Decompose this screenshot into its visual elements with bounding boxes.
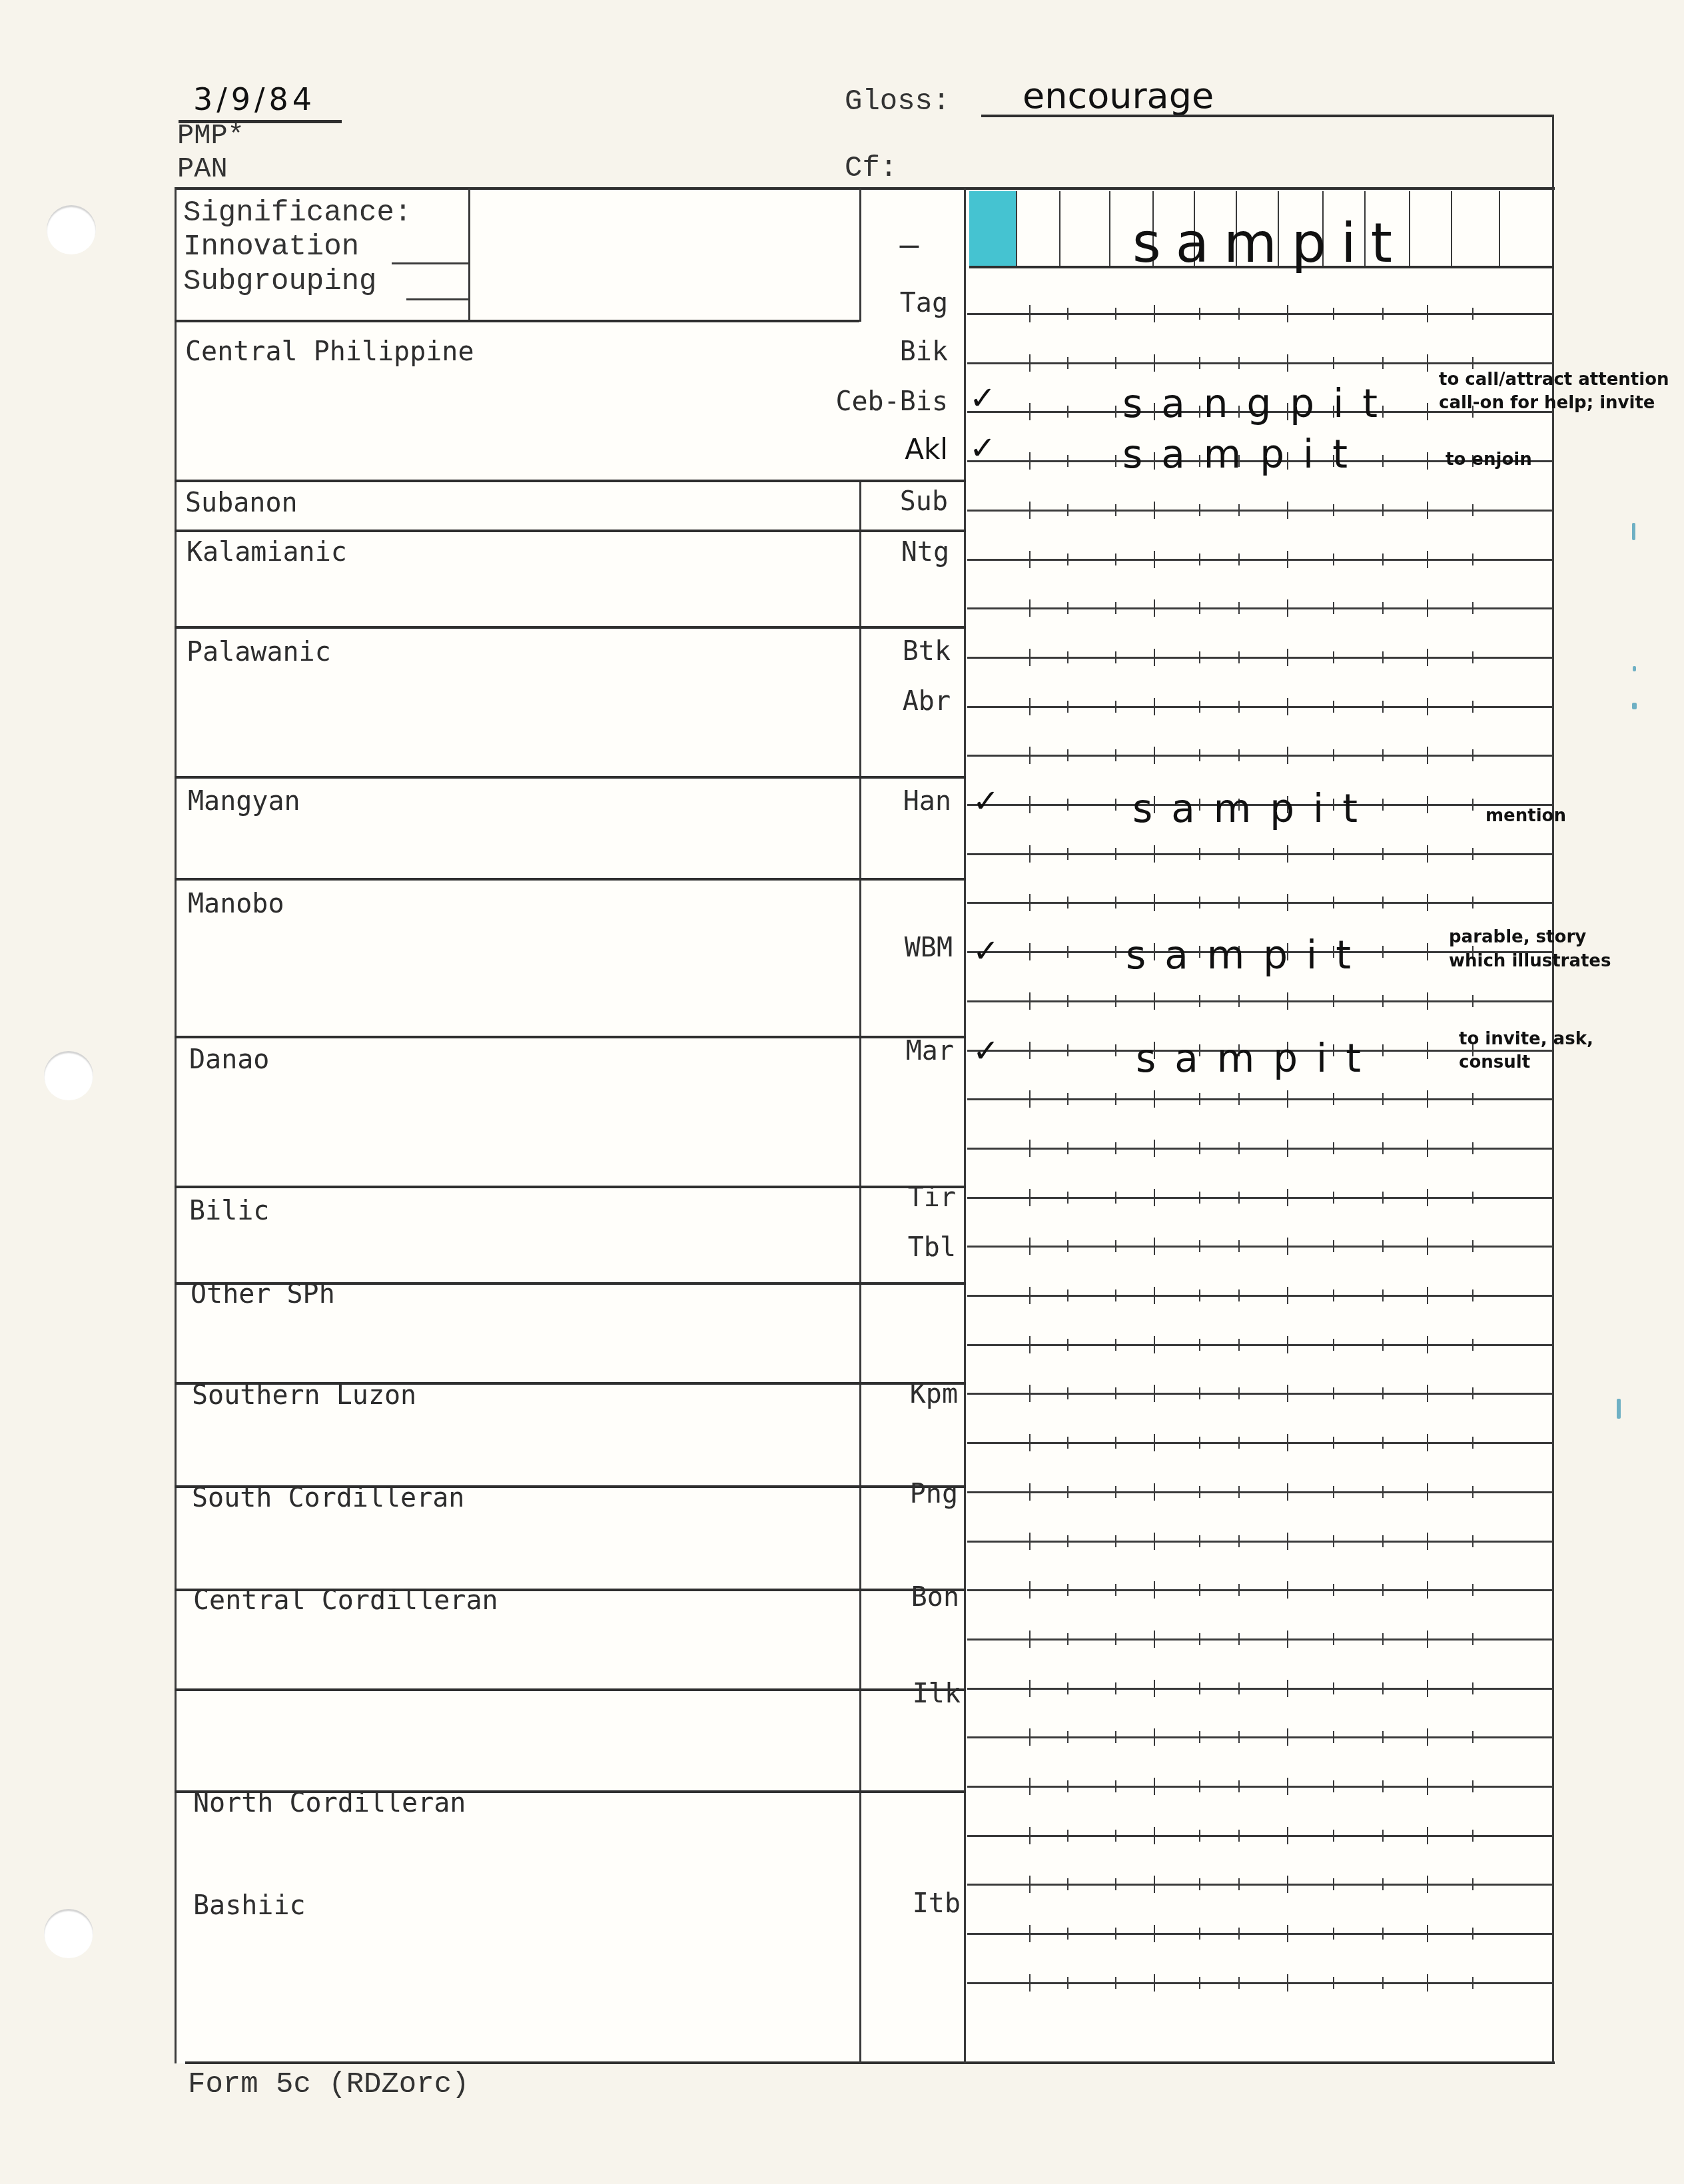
- entry-rule-tick: [1427, 1189, 1428, 1206]
- entry-rule-tick: [1154, 305, 1155, 322]
- entry-rule-tick: [1115, 651, 1116, 663]
- entry-rule: [967, 902, 1553, 904]
- entry-rule: [967, 607, 1553, 609]
- entry-rule-tick: [1427, 1974, 1428, 1992]
- entry-rule-tick: [1427, 1533, 1428, 1550]
- code-kpm: Kpm: [871, 1379, 958, 1409]
- entry-rule-tick: [1238, 848, 1240, 860]
- entry-rule-tick: [1287, 1728, 1288, 1746]
- gloss-ceb-bis-1: to call/attract attention: [1439, 370, 1669, 390]
- entry-rule-tick: [1115, 357, 1116, 369]
- entry-rule-tick: [1154, 354, 1155, 372]
- entry-rule-tick: [1115, 1830, 1116, 1842]
- entry-rule-tick: [1115, 946, 1116, 958]
- proto-language-2: PAN: [177, 153, 228, 185]
- entry-rule-tick: [1199, 897, 1200, 909]
- form-bottom-border: [185, 2061, 1555, 2064]
- entry-rule-tick: [1029, 1090, 1031, 1108]
- entry-rule-tick: [1238, 1093, 1240, 1105]
- entry-rule-tick: [1199, 1192, 1200, 1204]
- entry-rule-tick: [1427, 1385, 1428, 1402]
- entry-rule-tick: [1115, 1486, 1116, 1498]
- entry-rule-tick: [1199, 1731, 1200, 1743]
- group-central-cordilleran: Central Cordilleran: [193, 1585, 498, 1616]
- entry-rule-tick: [1115, 1731, 1116, 1743]
- entry-rule-tick: [1333, 1633, 1334, 1645]
- entry-rule-tick: [1154, 992, 1155, 1010]
- entry-rule-tick: [1238, 1486, 1240, 1498]
- group-north-cordilleran: North Cordilleran: [193, 1788, 466, 1818]
- entry-rule-tick: [1029, 403, 1031, 420]
- entry-rule-tick: [1029, 992, 1031, 1010]
- entry-rule-tick: [1382, 1486, 1384, 1498]
- entry-rule-tick: [1154, 1189, 1155, 1206]
- entry-rule-tick: [1427, 452, 1428, 470]
- entry-rule-tick: [1154, 1631, 1155, 1648]
- entry-rule: [967, 1786, 1553, 1788]
- group-kalamianic: Kalamianic: [187, 537, 347, 567]
- entry-rule-tick: [1287, 1680, 1288, 1697]
- entry-rule-tick: [1427, 1042, 1428, 1059]
- entry-rule-tick: [1287, 1827, 1288, 1844]
- entry-rule-tick: [1154, 1925, 1155, 1942]
- entry-rule-tick: [1029, 649, 1031, 666]
- binder-hole-middle: [44, 1051, 93, 1100]
- group-palawanic: Palawanic: [187, 637, 331, 667]
- code-akl: Akl: [861, 433, 948, 466]
- entry-rule-tick: [1333, 1928, 1334, 1940]
- entry-rule-tick: [1472, 1192, 1473, 1204]
- entry-rule-tick: [1199, 1437, 1200, 1449]
- entry-rule: [967, 1982, 1553, 1984]
- reconstruction-highlight-cell: [969, 191, 1016, 266]
- form-id: Form 5c (RDZorc): [188, 2068, 469, 2101]
- group-central-philippine: Central Philippine: [185, 336, 474, 367]
- entry-rule-tick: [1472, 1682, 1473, 1694]
- entry-rule-tick: [1382, 357, 1384, 369]
- entry-rule-tick: [1029, 1533, 1031, 1550]
- significance-title: Significance:: [183, 196, 412, 230]
- entry-rule-tick: [1115, 1633, 1116, 1645]
- entry-rule-tick: [1472, 1486, 1473, 1498]
- entry-rule-tick: [1238, 897, 1240, 909]
- entry-rule-tick: [1333, 1830, 1334, 1842]
- entry-rule-tick: [1472, 995, 1473, 1007]
- form-wbm[interactable]: sampit: [1126, 932, 1370, 978]
- entry-rule-tick: [1472, 1830, 1473, 1842]
- entry-rule-tick: [1333, 1437, 1334, 1449]
- entry-rule-tick: [1199, 1387, 1200, 1399]
- entry-rule-tick: [1029, 894, 1031, 911]
- entry-rule-tick: [1199, 749, 1200, 761]
- entry-rule-tick: [1154, 1827, 1155, 1844]
- entry-rule-tick: [1115, 1437, 1116, 1449]
- entry-rule-tick: [1382, 1044, 1384, 1056]
- entry-rule-tick: [1067, 602, 1068, 614]
- entry-rule-tick: [1382, 1780, 1384, 1792]
- entry-rule-tick: [1427, 1287, 1428, 1304]
- entry-rule-tick: [1427, 1336, 1428, 1353]
- entry-rule-tick: [1238, 553, 1240, 565]
- gloss-label: Gloss:: [845, 85, 950, 119]
- code-bik: Bik: [861, 336, 948, 367]
- entry-rule-tick: [1333, 1682, 1334, 1694]
- entry-rule-tick: [1115, 1240, 1116, 1252]
- entry-rule-tick: [1472, 1339, 1473, 1351]
- entry-rule-tick: [1238, 1437, 1240, 1449]
- code-wbm: WBM: [866, 932, 953, 963]
- check-mar[interactable]: ✓: [973, 1032, 999, 1070]
- entry-rule-tick: [1427, 1778, 1428, 1795]
- entry-rule-tick: [1238, 1535, 1240, 1547]
- entry-rule-tick: [1333, 1093, 1334, 1105]
- entry-rule-tick: [1067, 1780, 1068, 1792]
- gloss-wbm-1: parable, story: [1449, 927, 1586, 947]
- entry-rule-tick: [1333, 1240, 1334, 1252]
- entry-rule-tick: [1472, 1387, 1473, 1399]
- entry-rule-tick: [1382, 848, 1384, 860]
- ink-speck: [1632, 703, 1637, 709]
- entry-rule-tick: [1382, 946, 1384, 958]
- entry-rule-tick: [1238, 1830, 1240, 1842]
- entry-rule-tick: [1472, 799, 1473, 811]
- gloss-ceb-bis-2: call-on for help; invite: [1439, 393, 1655, 413]
- entry-rule-tick: [1199, 1289, 1200, 1301]
- entry-rule-tick: [1472, 651, 1473, 663]
- entry-rule-tick: [1029, 502, 1031, 519]
- entry-rule-tick: [1067, 1731, 1068, 1743]
- group-separator: [175, 878, 966, 881]
- entry-rule-tick: [1067, 946, 1068, 958]
- code-btk: Btk: [864, 636, 951, 667]
- entry-rule-tick: [1029, 747, 1031, 764]
- right-frame-top: [1552, 115, 1554, 190]
- entry-rule: [967, 1000, 1553, 1002]
- entry-rule-tick: [1472, 1731, 1473, 1743]
- entry-rule-tick: [1382, 1682, 1384, 1694]
- form-top-border: [175, 187, 1555, 190]
- entry-rule-tick: [1287, 1631, 1288, 1648]
- entry-rule-tick: [1154, 599, 1155, 617]
- entry-rule-tick: [1199, 848, 1200, 860]
- gloss-han: mention: [1485, 806, 1566, 826]
- entry-rule: [967, 755, 1553, 757]
- entry-rule-tick: [1333, 1339, 1334, 1351]
- entry-rule-tick: [1115, 1682, 1116, 1694]
- entry-rule-tick: [1154, 845, 1155, 863]
- entry-rule-tick: [1287, 1385, 1288, 1402]
- innovation-blank[interactable]: [392, 262, 468, 264]
- entry-rule-tick: [1115, 799, 1116, 811]
- entry-rule-tick: [1115, 1977, 1116, 1989]
- entry-rule-tick: [1427, 1581, 1428, 1599]
- check-wbm[interactable]: ✓: [973, 932, 999, 970]
- entry-rule-tick: [1287, 649, 1288, 666]
- entry-rule-tick: [1382, 602, 1384, 614]
- entry-rule-tick: [1067, 897, 1068, 909]
- entry-rule-tick: [1029, 1728, 1031, 1746]
- entry-rule-tick: [1115, 1192, 1116, 1204]
- entry-rule-tick: [1154, 1434, 1155, 1451]
- entry-rule-tick: [1382, 1584, 1384, 1596]
- entry-rule-tick: [1115, 701, 1116, 713]
- entry-rule: [967, 1638, 1553, 1640]
- entry-rule-tick: [1067, 1535, 1068, 1547]
- entry-rule-tick: [1199, 308, 1200, 320]
- entry-rule-tick: [1029, 599, 1031, 617]
- entry-rule-tick: [1287, 1581, 1288, 1599]
- entry-rule-tick: [1067, 995, 1068, 1007]
- entry-rule-tick: [1382, 1387, 1384, 1399]
- entry-rule-tick: [1067, 1044, 1068, 1056]
- entry-rule-tick: [1154, 1238, 1155, 1255]
- entry-rule-tick: [1238, 1240, 1240, 1252]
- entry-rule-tick: [1029, 1042, 1031, 1059]
- group-bashiic: Bashiic: [193, 1890, 306, 1921]
- entry-rule-tick: [1472, 897, 1473, 909]
- entry-rule-tick: [1472, 504, 1473, 516]
- entry-rule-tick: [1333, 1977, 1334, 1989]
- entry-rule: [967, 1098, 1553, 1100]
- entry-rule-tick: [1238, 1682, 1240, 1694]
- entry-rule-tick: [1382, 1093, 1384, 1105]
- entry-rule-tick: [1115, 406, 1116, 418]
- entry-rule-tick: [1154, 1287, 1155, 1304]
- entry-rule-tick: [1427, 551, 1428, 568]
- group-separator: [175, 626, 966, 629]
- entry-rule-tick: [1287, 747, 1288, 764]
- entry-rule-tick: [1427, 1827, 1428, 1844]
- entry-rule-tick: [1382, 799, 1384, 811]
- code-ceb-bis: Ceb-Bis: [808, 386, 948, 417]
- form-mar[interactable]: sampit: [1136, 1036, 1380, 1081]
- entry-rule-tick: [1238, 1878, 1240, 1890]
- entry-rule-tick: [1382, 1289, 1384, 1301]
- entry-rule-tick: [1333, 504, 1334, 516]
- significance-divider: [468, 188, 470, 322]
- entry-rule-tick: [1287, 1336, 1288, 1353]
- entry-rule-tick: [1067, 455, 1068, 467]
- entry-rule-tick: [1154, 1090, 1155, 1108]
- form-ceb-bis[interactable]: sangpit: [1122, 381, 1396, 426]
- code-tbl: Tbl: [869, 1232, 956, 1263]
- entry-rule-tick: [1029, 305, 1031, 322]
- entry-rule-tick: [1154, 1336, 1155, 1353]
- entry-rule-tick: [1067, 1093, 1068, 1105]
- entry-rule-tick: [1382, 1878, 1384, 1890]
- entry-rule-tick: [1029, 452, 1031, 470]
- entry-rule-tick: [1333, 1780, 1334, 1792]
- entry-rule-tick: [1472, 1633, 1473, 1645]
- entry-rule-tick: [1287, 1090, 1288, 1108]
- entry-rule-tick: [1029, 1336, 1031, 1353]
- entry-rule-tick: [1382, 1240, 1384, 1252]
- entry-rule-tick: [1154, 747, 1155, 764]
- entry-rule-tick: [1238, 701, 1240, 713]
- entry-rule-tick: [1029, 551, 1031, 568]
- group-bilic: Bilic: [189, 1196, 269, 1226]
- gloss-mar-1: to invite, ask,: [1459, 1029, 1593, 1049]
- group-separator: [175, 1036, 966, 1038]
- entry-rule-tick: [1154, 551, 1155, 568]
- entry-rule-tick: [1199, 1928, 1200, 1940]
- form-han[interactable]: sampit: [1132, 786, 1376, 831]
- form-akl[interactable]: sampit: [1122, 432, 1366, 477]
- entry-rule-tick: [1115, 1093, 1116, 1105]
- entry-rule-tick: [1067, 1240, 1068, 1252]
- innovation-label: Innovation: [183, 230, 359, 264]
- entry-rule: [967, 1491, 1553, 1493]
- check-akl[interactable]: ✓: [969, 430, 996, 467]
- entry-rule-tick: [1238, 504, 1240, 516]
- reconstruction-marker: —: [866, 226, 953, 264]
- entry-rule-tick: [1333, 1387, 1334, 1399]
- entry-rule-tick: [1067, 1192, 1068, 1204]
- entry-rule-tick: [1029, 1778, 1031, 1795]
- entry-rule-tick: [1472, 1289, 1473, 1301]
- entry-rule-tick: [1199, 701, 1200, 713]
- entry-rule-tick: [1427, 1238, 1428, 1255]
- entry-rule: [967, 1246, 1553, 1248]
- entry-rule-tick: [1067, 1437, 1068, 1449]
- group-subanon: Subanon: [185, 488, 298, 518]
- entry-rule-tick: [1067, 651, 1068, 663]
- entry-rule-tick: [1333, 553, 1334, 565]
- entry-rule-tick: [1067, 1682, 1068, 1694]
- check-ceb-bis[interactable]: ✓: [969, 380, 996, 417]
- entry-rule-tick: [1427, 796, 1428, 813]
- letter-cell-divider: [1409, 191, 1410, 266]
- group-southern-luzon: Southern Luzon: [192, 1380, 416, 1411]
- entry-rule: [967, 1442, 1553, 1444]
- entry-rule-tick: [1029, 1581, 1031, 1599]
- gloss-mar-2: consult: [1459, 1052, 1530, 1072]
- entry-rule-tick: [1472, 1977, 1473, 1989]
- entry-rule-tick: [1333, 1731, 1334, 1743]
- entry-rule-tick: [1427, 1680, 1428, 1697]
- entry-rule-tick: [1029, 354, 1031, 372]
- letter-cell-divider: [1499, 191, 1500, 266]
- entry-rule-tick: [1382, 504, 1384, 516]
- entry-rule-tick: [1238, 1289, 1240, 1301]
- entry-rule-tick: [1287, 305, 1288, 322]
- entry-rule-tick: [1287, 1140, 1288, 1157]
- check-han[interactable]: ✓: [973, 783, 999, 820]
- entry-rule-tick: [1199, 1240, 1200, 1252]
- entry-rule-tick: [1427, 1876, 1428, 1893]
- entry-rule-tick: [1154, 1876, 1155, 1893]
- ink-speck: [1617, 1399, 1621, 1419]
- entry-rule-tick: [1427, 1483, 1428, 1501]
- entry-rule: [967, 1344, 1553, 1346]
- code-tir: Tir: [869, 1182, 956, 1213]
- entry-rule-tick: [1382, 1928, 1384, 1940]
- entry-rule: [967, 510, 1553, 512]
- entry-rule-tick: [1067, 1486, 1068, 1498]
- entry-rule-tick: [1472, 701, 1473, 713]
- entry-rule-tick: [1029, 1631, 1031, 1648]
- gloss-value[interactable]: encourage: [1023, 75, 1214, 117]
- entry-rule-tick: [1029, 1140, 1031, 1157]
- entry-rule-tick: [1067, 357, 1068, 369]
- entry-rule-tick: [1333, 1289, 1334, 1301]
- entry-rule-tick: [1029, 943, 1031, 960]
- subgrouping-blank[interactable]: [406, 298, 470, 300]
- entry-rule-tick: [1199, 1878, 1200, 1890]
- binder-hole-bottom: [44, 1909, 93, 1958]
- entry-rule: [967, 1295, 1553, 1297]
- entry-rule-tick: [1115, 1387, 1116, 1399]
- group-other-sph: Other SPh: [191, 1279, 335, 1309]
- entry-rule-tick: [1333, 1486, 1334, 1498]
- entry-rule-tick: [1472, 602, 1473, 614]
- entry-rule-tick: [1199, 1093, 1200, 1105]
- entry-rule-tick: [1333, 848, 1334, 860]
- reconstruction-form[interactable]: sampit: [1132, 212, 1407, 275]
- entry-rule-tick: [1154, 1533, 1155, 1550]
- entry-rule: [967, 1835, 1553, 1837]
- entry-rule-tick: [1382, 1731, 1384, 1743]
- entry-rule-tick: [1029, 1287, 1031, 1304]
- entry-rule-tick: [1382, 1192, 1384, 1204]
- entry-rule-tick: [1287, 354, 1288, 372]
- entry-rule-tick: [1287, 1778, 1288, 1795]
- group-separator: [175, 1688, 966, 1691]
- entry-rule-tick: [1472, 1584, 1473, 1596]
- entry-rule-tick: [1287, 1238, 1288, 1255]
- entry-rule-tick: [1115, 1289, 1116, 1301]
- entry-rule-tick: [1154, 894, 1155, 911]
- entry-rule-tick: [1472, 1437, 1473, 1449]
- group-separator: [175, 530, 966, 532]
- code-ilk: Ilk: [874, 1678, 961, 1709]
- entry-rule-tick: [1154, 502, 1155, 519]
- entry-rule-tick: [1115, 1142, 1116, 1154]
- entry-rule-tick: [1382, 1535, 1384, 1547]
- entry-rule-tick: [1382, 1437, 1384, 1449]
- entry-rule-tick: [1067, 1633, 1068, 1645]
- entry-rule-tick: [1199, 1780, 1200, 1792]
- entry-rule-tick: [1029, 698, 1031, 715]
- entry-rule-tick: [1199, 1633, 1200, 1645]
- entry-rule-tick: [1427, 1728, 1428, 1746]
- entry-rule-tick: [1067, 553, 1068, 565]
- entry-rule-tick: [1333, 749, 1334, 761]
- entry-rule-tick: [1238, 1142, 1240, 1154]
- entry-rule-tick: [1427, 1090, 1428, 1108]
- entry-rule-tick: [1472, 1928, 1473, 1940]
- entry-rule-tick: [1382, 553, 1384, 565]
- entry-rule-tick: [1472, 1240, 1473, 1252]
- entry-rule-tick: [1427, 845, 1428, 863]
- entry-rule-tick: [1333, 602, 1334, 614]
- entry-rule-tick: [1029, 845, 1031, 863]
- entry-rule-tick: [1472, 357, 1473, 369]
- entry-rule-tick: [1115, 602, 1116, 614]
- entry-rule: [967, 1589, 1553, 1591]
- entry-rule-tick: [1154, 649, 1155, 666]
- entry-rule-tick: [1029, 796, 1031, 813]
- entry-rule-tick: [1333, 897, 1334, 909]
- entry-rule-tick: [1427, 599, 1428, 617]
- entry-rule-tick: [1115, 995, 1116, 1007]
- entry-rule-tick: [1382, 1977, 1384, 1989]
- entry-rule-tick: [1115, 455, 1116, 467]
- binder-hole-top: [47, 205, 96, 254]
- entry-rule-tick: [1427, 943, 1428, 960]
- entry-rule-tick: [1199, 357, 1200, 369]
- entry-rule-tick: [1287, 599, 1288, 617]
